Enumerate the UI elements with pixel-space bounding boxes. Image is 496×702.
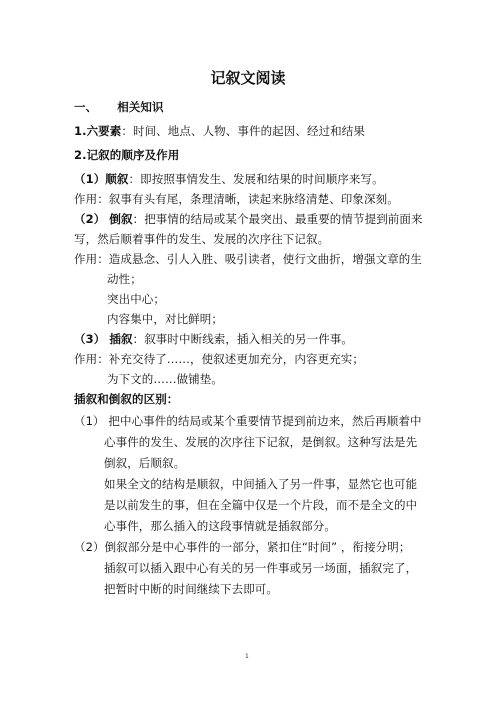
order-chronological: （1）顺叙：即按照事情发生、发展和结果的时间顺序来写。 [74, 172, 384, 186]
page-number: 1 [245, 653, 249, 660]
order-label: （2） 倒叙 [74, 212, 133, 226]
section-heading: 一、相关知识 [74, 100, 164, 114]
order-interpolation: （3） 插叙：叙事时中断线索，插入相关的另一件事。 [74, 332, 353, 346]
order-text: ：叙事时中断线索，插入相关的另一件事。 [133, 332, 353, 346]
order-label: （3） 插叙 [74, 332, 133, 346]
order-interpolation-effect-cont: 为下文的……做铺垫。 [107, 372, 223, 386]
order-flashback-cont: 写，然后顺着事件的发生、发展的次序往下记叙。 [74, 232, 329, 246]
difference-point-2: （2）倒叙部分是中心事件的一部分，紧扣住“时间” ，衔接分明； [74, 540, 410, 554]
order-flashback-effect: 作用：造成悬念、引人入胜、吸引读者，使行文曲折，增强文章的生 [74, 252, 422, 266]
order-text: ：即按照事情发生、发展和结果的时间顺序来写。 [129, 172, 384, 186]
difference-point-2-cont: 把暂时中断的时间继续下去即可。 [104, 582, 278, 596]
document-page: 记叙文阅读 一、相关知识 1.六要素：时间、地点、人物、事件的起因、经过和结果 … [0, 0, 496, 702]
item-six-elements: 1.六要素：时间、地点、人物、事件的起因、经过和结果 [74, 124, 365, 138]
difference-point-1: （1） 把中心事件的结局或某个重要情节提到前边来，然后再顺着中 [74, 414, 422, 428]
section-title: 相关知识 [117, 100, 163, 114]
order-interpolation-effect: 作用：补充交待了……，使叙述更加充分，内容更充实； [74, 352, 364, 366]
order-text: ：把事情的结局或某个最突出、最重要的情节提到前面来 [133, 212, 423, 226]
order-flashback-effect-cont: 动性； [107, 272, 142, 286]
difference-point-2-cont: 插叙可以插入跟中心有关的另一件事或另一场面，插叙完了， [104, 561, 417, 575]
order-chronological-effect: 作用：叙事有头有尾，条理清晰，读起来脉络清楚、印象深刻。 [74, 192, 399, 206]
difference-point-1-cont: 如果全文的结构是顺叙，中间插入了另一件事，显然它也可能 [104, 477, 417, 491]
difference-point-1-cont: 心事件，那么插入的这段事情就是插叙部分。 [104, 519, 336, 533]
order-flashback: （2） 倒叙：把事情的结局或某个最突出、最重要的情节提到前面来 [74, 212, 423, 226]
difference-point-1-cont: 心事件的发生、发展的次序往下记叙，是倒叙。这种写法是先 [104, 435, 417, 449]
order-flashback-effect-2: 突出中心； [107, 292, 165, 306]
item-text: ：时间、地点、人物、事件的起因、经过和结果 [121, 124, 365, 138]
order-flashback-effect-3: 内容集中，对比鲜明； [107, 312, 223, 326]
difference-heading: 插叙和倒叙的区别： [74, 392, 178, 406]
item-narrative-order-heading: 2.记叙的顺序及作用 [74, 148, 179, 162]
page-title: 记叙文阅读 [0, 67, 496, 88]
section-number: 一、 [74, 100, 97, 114]
order-label: （1）顺叙 [74, 172, 129, 186]
item-label: 1.六要素 [74, 124, 121, 138]
difference-point-1-cont: 倒叙，后顺叙。 [104, 456, 185, 470]
difference-point-1-cont: 是以前发生的事，但在全篇中仅是一个片段，而不是全文的中 [104, 498, 417, 512]
